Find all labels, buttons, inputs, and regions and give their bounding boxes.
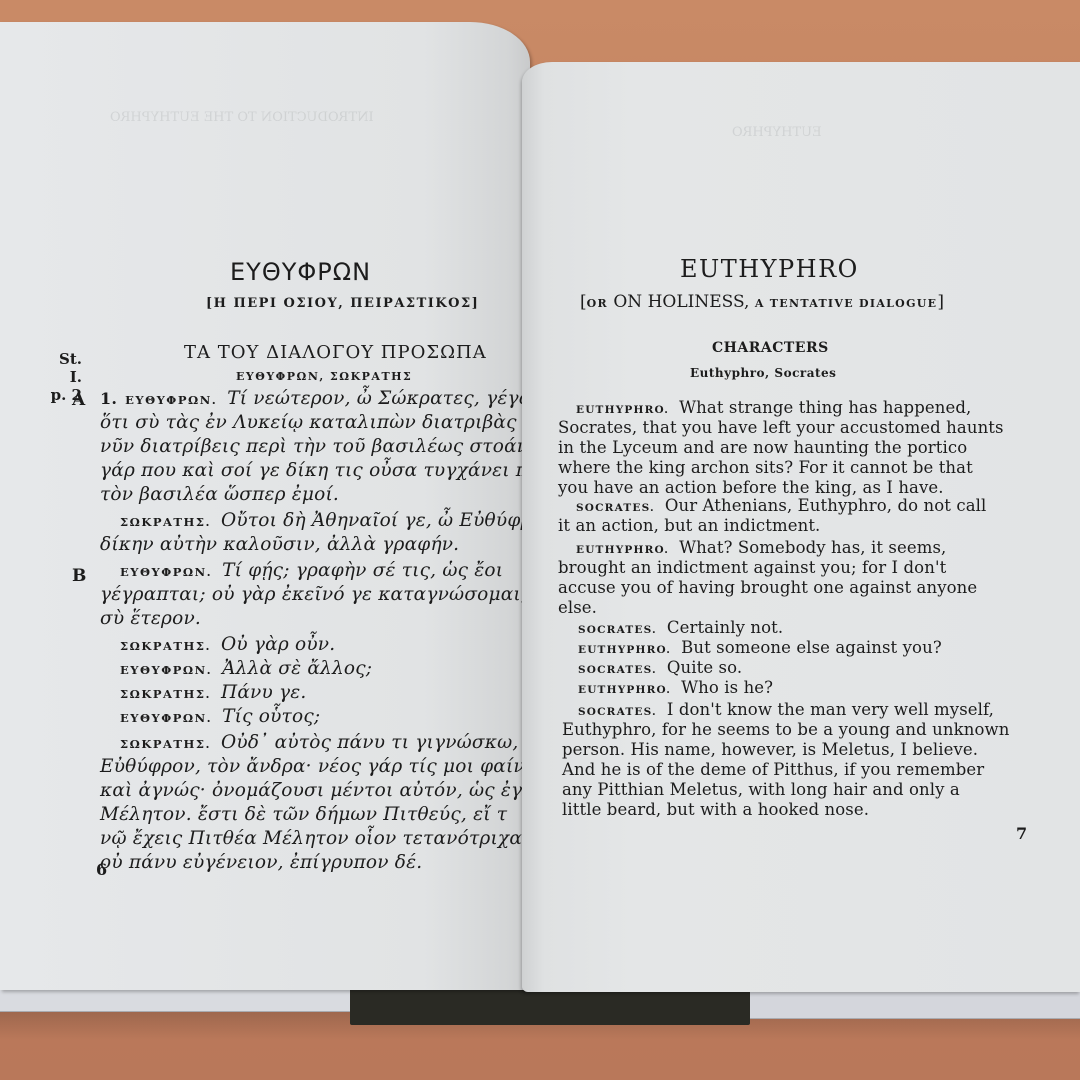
english-line: where the king archon sits? For it canno… — [558, 458, 973, 477]
english-line: SOCRATES.Certainly not. — [578, 618, 783, 637]
greek-line: νῦν διατρίβεις περὶ τὴν τοῦ βασιλέως στο… — [100, 436, 530, 457]
greek-line: γάρ που καὶ σοί γε δίκη τις οὖσα τυγχάνε… — [100, 460, 528, 481]
greek-line: γέγραπται; οὐ γὰρ ἐκεῖνό γε καταγνώσομαι… — [100, 584, 530, 605]
greek-characters-names: ΕΥΘΥΦΡΩΝ, ΣΩΚΡΑΤΗΣ — [236, 370, 412, 383]
bleed-through-text: INTRODUCTION TO THE EUTHYPHRO — [110, 107, 374, 129]
section-marker-a: A — [72, 390, 85, 410]
greek-line: ὅτι σὺ τὰς ἐν Λυκείῳ καταλιπὼν διατριβὰς… — [100, 412, 530, 433]
greek-line: τὸν βασιλέα ὥσπερ ἐμοί. — [100, 484, 339, 505]
english-line: EUTHYPHRO.But someone else against you? — [578, 638, 942, 657]
english-line: EUTHYPHRO.What strange thing has happene… — [576, 398, 971, 417]
left-page-greek: INTRODUCTION TO THE EUTHYPHRO ΕΥΘΥΦΡΩΝ [… — [0, 22, 530, 990]
bleed-through-text: EUTHYPHRO — [732, 122, 822, 144]
english-line: in the Lyceum and are now haunting the p… — [558, 438, 967, 457]
greek-line: καὶ ἀγνώς· ὀνομάζουσι μέντοι αὐτόν, ὡς ἐ… — [100, 780, 530, 801]
greek-line: σὺ ἕτερον. — [100, 608, 201, 629]
english-characters-names: Euthyphro, Socrates — [690, 366, 836, 380]
greek-line: 1.ΕΥΘΥΦΡΩΝ.Τί νεώτερον, ὦ Σώκρατες, γέγο… — [100, 388, 530, 409]
greek-line: ΣΩΚΡΑΤΗΣ.Οὔτοι δὴ Ἀθηναῖοί γε, ὦ Εὐθύφρ — [120, 510, 530, 531]
greek-line: οὐ πάνυ εὐγένειον, ἐπίγρυπον δέ. — [100, 852, 422, 873]
english-line: And he is of the deme of Pitthus, if you… — [562, 760, 984, 779]
greek-line: δίκην αὐτὴν καλοῦσιν, ἀλλὰ γραφήν. — [100, 534, 459, 555]
page-number-right: 7 — [1016, 824, 1027, 843]
greek-line: νῷ ἔχεις Πιτθέα Μέλητον οἷον τετανότριχα… — [100, 828, 530, 849]
greek-subtitle: [Η ΠΕΡΙ ΟΣΙΟΥ, ΠΕΙΡΑΣΤΙΚΟΣ] — [206, 296, 479, 311]
english-line: EUTHYPHRO.What? Somebody has, it seems, — [576, 538, 946, 557]
greek-line: ΕΥΘΥΦΡΩΝ.Τί φῄς; γραφὴν σέ τις, ὡς ἔοι — [120, 560, 503, 581]
section-marker-b: B — [72, 566, 86, 586]
english-line: little beard, but with a hooked nose. — [562, 800, 869, 819]
greek-line: ΕΥΘΥΦΡΩΝ.Τίς οὗτος; — [120, 706, 320, 727]
english-line: SOCRATES.I don't know the man very well … — [578, 700, 994, 719]
english-line: Socrates, that you have left your accust… — [558, 418, 1004, 437]
greek-characters-heading: ΤΑ ΤΟΥ ΔΙΑΛΟΓΟΥ ΠΡΟΣΩΠΑ — [184, 342, 487, 363]
english-line: person. His name, however, is Meletus, I… — [562, 740, 978, 759]
english-line: SOCRATES.Our Athenians, Euthyphro, do no… — [576, 496, 986, 515]
english-line: it an action, but an indictment. — [558, 516, 820, 535]
english-title: EUTHYPHRO — [680, 255, 859, 283]
english-line: brought an indictment against you; for I… — [558, 558, 946, 577]
greek-line: Εὐθύφρον, τὸν ἄνδρα· νέος γάρ τίς μοι φα… — [100, 756, 530, 777]
english-line: you have an action before the king, as I… — [558, 478, 944, 497]
english-line: accuse you of having brought one against… — [558, 578, 977, 597]
english-characters-heading: CHARACTERS — [712, 340, 829, 356]
english-line: else. — [558, 598, 597, 617]
english-line: Euthyphro, for he seems to be a young an… — [562, 720, 1009, 739]
greek-line: ΕΥΘΥΦΡΩΝ.Ἀλλὰ σὲ ἄλλος; — [120, 658, 372, 679]
page-number-left: 6 — [96, 860, 107, 879]
greek-title: ΕΥΘΥΦΡΩΝ — [230, 258, 371, 286]
english-line: SOCRATES.Quite so. — [578, 658, 742, 677]
greek-line: ΣΩΚΡΑΤΗΣ.Πάνυ γε. — [120, 682, 306, 703]
greek-line: ΣΩΚΡΑΤΗΣ.Οὐδ᾽ αὐτὸς πάνυ τι γιγνώσκω, — [120, 732, 518, 753]
greek-line: Μέλητον. ἔστι δὲ τῶν δήμων Πιτθεύς, εἴ τ — [100, 804, 507, 825]
greek-line: ΣΩΚΡΑΤΗΣ.Οὐ γὰρ οὖν. — [120, 634, 335, 655]
english-line: any Pitthian Meletus, with long hair and… — [562, 780, 960, 799]
page-edges-right — [745, 990, 1080, 1019]
english-line: EUTHYPHRO.Who is he? — [578, 678, 773, 697]
english-subtitle: [OR ON HOLINESS, A TENTATIVE DIALOGUE] — [580, 292, 944, 312]
